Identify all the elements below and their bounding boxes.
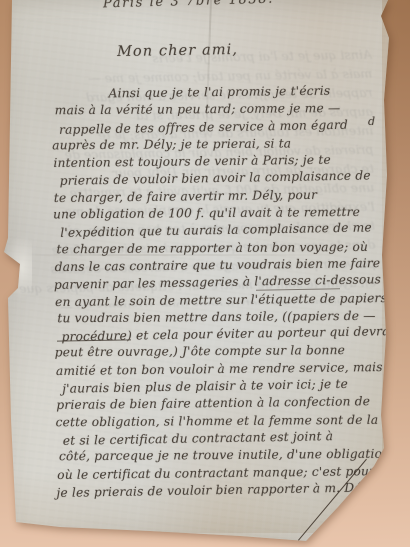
letter-paper: Ainsi que je te l'ai promis je t'écrisma… xyxy=(0,0,410,547)
letter-photo: Ainsi que je te l'ai promis je t'écrisma… xyxy=(0,0,410,547)
paper-edge-vignette xyxy=(0,0,410,547)
paper-shadow-wrap: Ainsi que je te l'ai promis je t'écrisma… xyxy=(0,0,410,547)
